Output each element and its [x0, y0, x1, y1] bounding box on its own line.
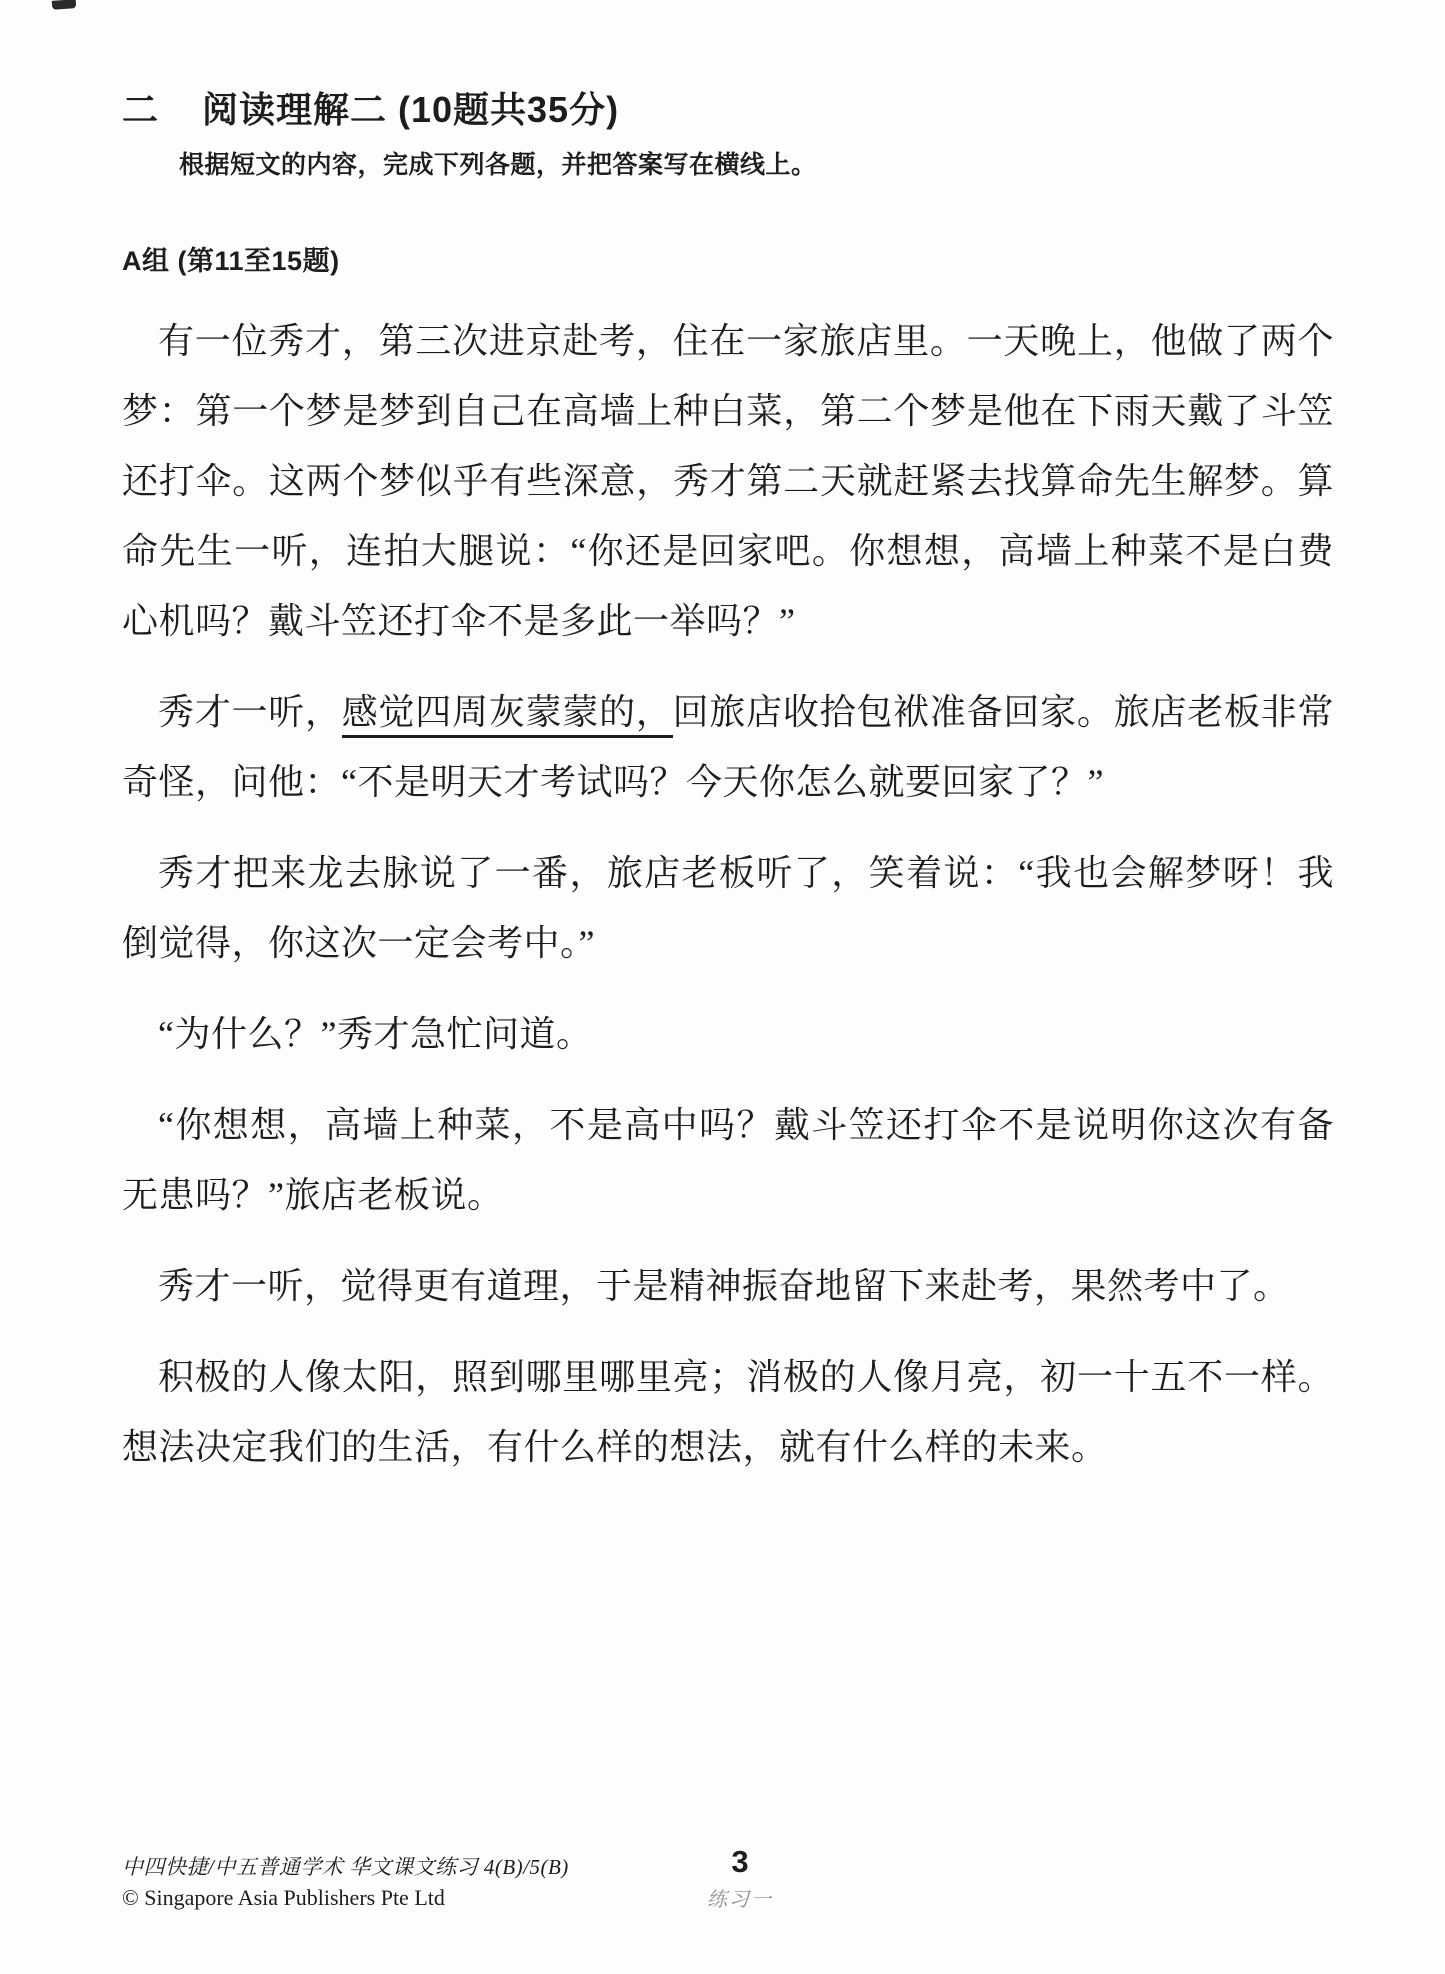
passage-paragraph: “你想想，高墙上种菜，不是高中吗？戴斗笠还打伞不是说明你这次有备无患吗？”旅店老… [122, 1090, 1334, 1230]
passage-text: 秀才把来龙去脉说了一番，旅店老板听了，笑着说：“我也会解梦呀！我倒觉得，你这次一… [122, 853, 1334, 963]
underlined-phrase: 感觉四周灰蒙蒙的， [342, 692, 673, 738]
passage-text: 秀才一听， [158, 692, 342, 732]
passage-paragraph: 秀才把来龙去脉说了一番，旅店老板听了，笑着说：“我也会解梦呀！我倒觉得，你这次一… [122, 838, 1334, 978]
page-number: 3 [660, 1845, 820, 1879]
section-marker: 二 [122, 88, 202, 131]
passage-text: 积极的人像太阳，照到哪里哪里亮；消极的人像月亮，初一十五不一样。想法决定我们的生… [122, 1357, 1334, 1467]
copyright-text: © Singapore Asia Publishers Pte Ltd [122, 1882, 569, 1914]
passage-paragraph: 秀才一听，觉得更有道理，于是精神振奋地留下来赴考，果然考中了。 [122, 1251, 1334, 1321]
footer-left: 中四快捷/中五普通学术 华文课文练习 4(B)/5(B) © Singapore… [122, 1852, 569, 1914]
passage: 有一位秀才，第三次进京赴考，住在一家旅店里。一天晚上，他做了两个梦：第一个梦是梦… [122, 306, 1334, 1482]
passage-paragraph: 秀才一听，感觉四周灰蒙蒙的，回旅店收拾包袱准备回家。旅店老板非常奇怪，问他：“不… [122, 677, 1334, 817]
page-content: 二 阅读理解二 (10题共35分) 根据短文的内容，完成下列各题，并把答案写在横… [122, 88, 1334, 1503]
exercise-label: 练习一 [660, 1883, 820, 1912]
passage-text: 秀才一听，觉得更有道理，于是精神振奋地留下来赴考，果然考中了。 [158, 1266, 1290, 1306]
passage-paragraph: “为什么？”秀才急忙问道。 [122, 999, 1334, 1069]
passage-paragraph: 有一位秀才，第三次进京赴考，住在一家旅店里。一天晚上，他做了两个梦：第一个梦是梦… [122, 306, 1334, 656]
scan-artifact [52, 0, 77, 10]
passage-paragraph: 积极的人像太阳，照到哪里哪里亮；消极的人像月亮，初一十五不一样。想法决定我们的生… [122, 1342, 1334, 1482]
passage-text: 有一位秀才，第三次进京赴考，住在一家旅店里。一天晚上，他做了两个梦：第一个梦是梦… [122, 321, 1334, 641]
instruction-text: 根据短文的内容，完成下列各题，并把答案写在横线上。 [179, 145, 1334, 181]
section-title-row: 二 阅读理解二 (10题共35分) [122, 88, 1334, 131]
passage-text: “为什么？”秀才急忙问道。 [158, 1014, 592, 1054]
group-label: A组 (第11至15题) [122, 239, 1334, 278]
book-info: 中四快捷/中五普通学术 华文课文练习 4(B)/5(B) [122, 1852, 569, 1882]
page-title: 阅读理解二 (10题共35分) [202, 88, 619, 131]
footer-center: 3 练习一 [660, 1845, 820, 1912]
document-page: 二 阅读理解二 (10题共35分) 根据短文的内容，完成下列各题，并把答案写在横… [0, 0, 1445, 1974]
passage-text: “你想想，高墙上种菜，不是高中吗？戴斗笠还打伞不是说明你这次有备无患吗？”旅店老… [122, 1105, 1334, 1215]
